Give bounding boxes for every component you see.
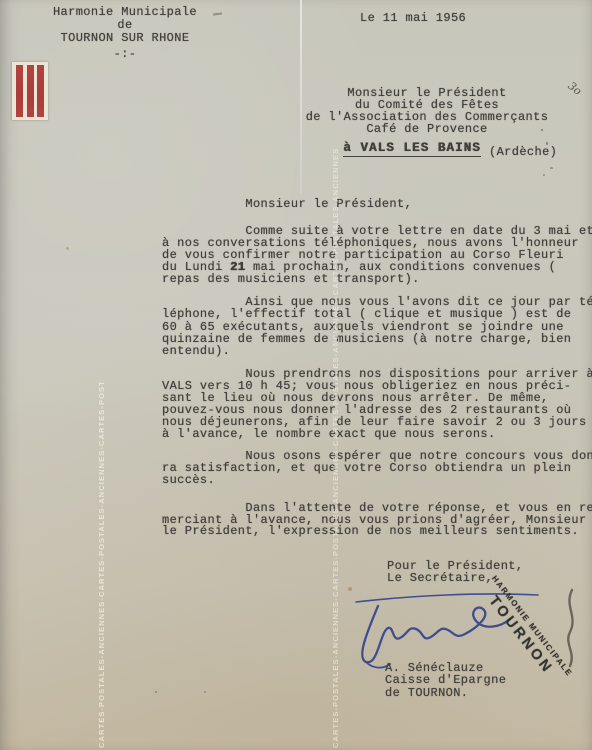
paragraph-2: Ainsi que nous vous l'avons dit ce jour …	[162, 296, 592, 357]
ink-speck	[541, 129, 543, 131]
red-stripe	[27, 65, 34, 117]
salutation: Monsieur le Président,	[162, 199, 412, 211]
watermark-center: CARTES-POSTALES-ANCIENNES-CARTES-POSTALE…	[330, 40, 344, 748]
paragraph-5: Dans l'attente de votre réponse, et vous…	[162, 503, 592, 538]
scanned-letter-page: Harmonie Municipale de TOURNON SUR RHONE…	[0, 0, 592, 750]
letterhead-separator: -:-	[40, 49, 210, 61]
stamp-ink-flourish	[560, 588, 584, 668]
red-striped-label	[12, 62, 48, 120]
watermark-left: CARTES-POSTALES-ANCIENNES-CARTES-POSTALE…	[96, 382, 109, 748]
paper-stain	[155, 691, 157, 693]
recipient-city: à VALS LES BAINS	[343, 141, 481, 157]
signatory-block: A. Sénéclauze Caisse d'Epargne de TOURNO…	[385, 662, 506, 699]
paragraph-1: Comme suite à votre lettre en date du 3 …	[162, 226, 592, 286]
recipient-address: Monsieur le Président du Comité des Fête…	[262, 87, 592, 135]
paragraph-4: Nous osons espérer que notre concours vo…	[162, 450, 592, 486]
date-line: Le 11 mai 1956	[360, 13, 466, 25]
paper-stain	[66, 247, 69, 250]
red-stripe	[16, 65, 23, 117]
ink-speck	[546, 142, 548, 145]
paragraph-3: Nous prendrons nos dispositions pour arr…	[162, 368, 592, 441]
paper-stain	[204, 691, 206, 693]
red-stripe	[37, 65, 44, 117]
paper-stain	[348, 587, 352, 591]
ink-speck	[550, 167, 553, 169]
recipient-region: (Ardèche)	[489, 147, 557, 159]
ink-speck	[543, 174, 545, 176]
letterhead: Harmonie Municipale de TOURNON SUR RHONE	[40, 6, 210, 45]
pencil-mark	[213, 12, 222, 15]
overstruck-date-21: 21	[230, 262, 245, 274]
